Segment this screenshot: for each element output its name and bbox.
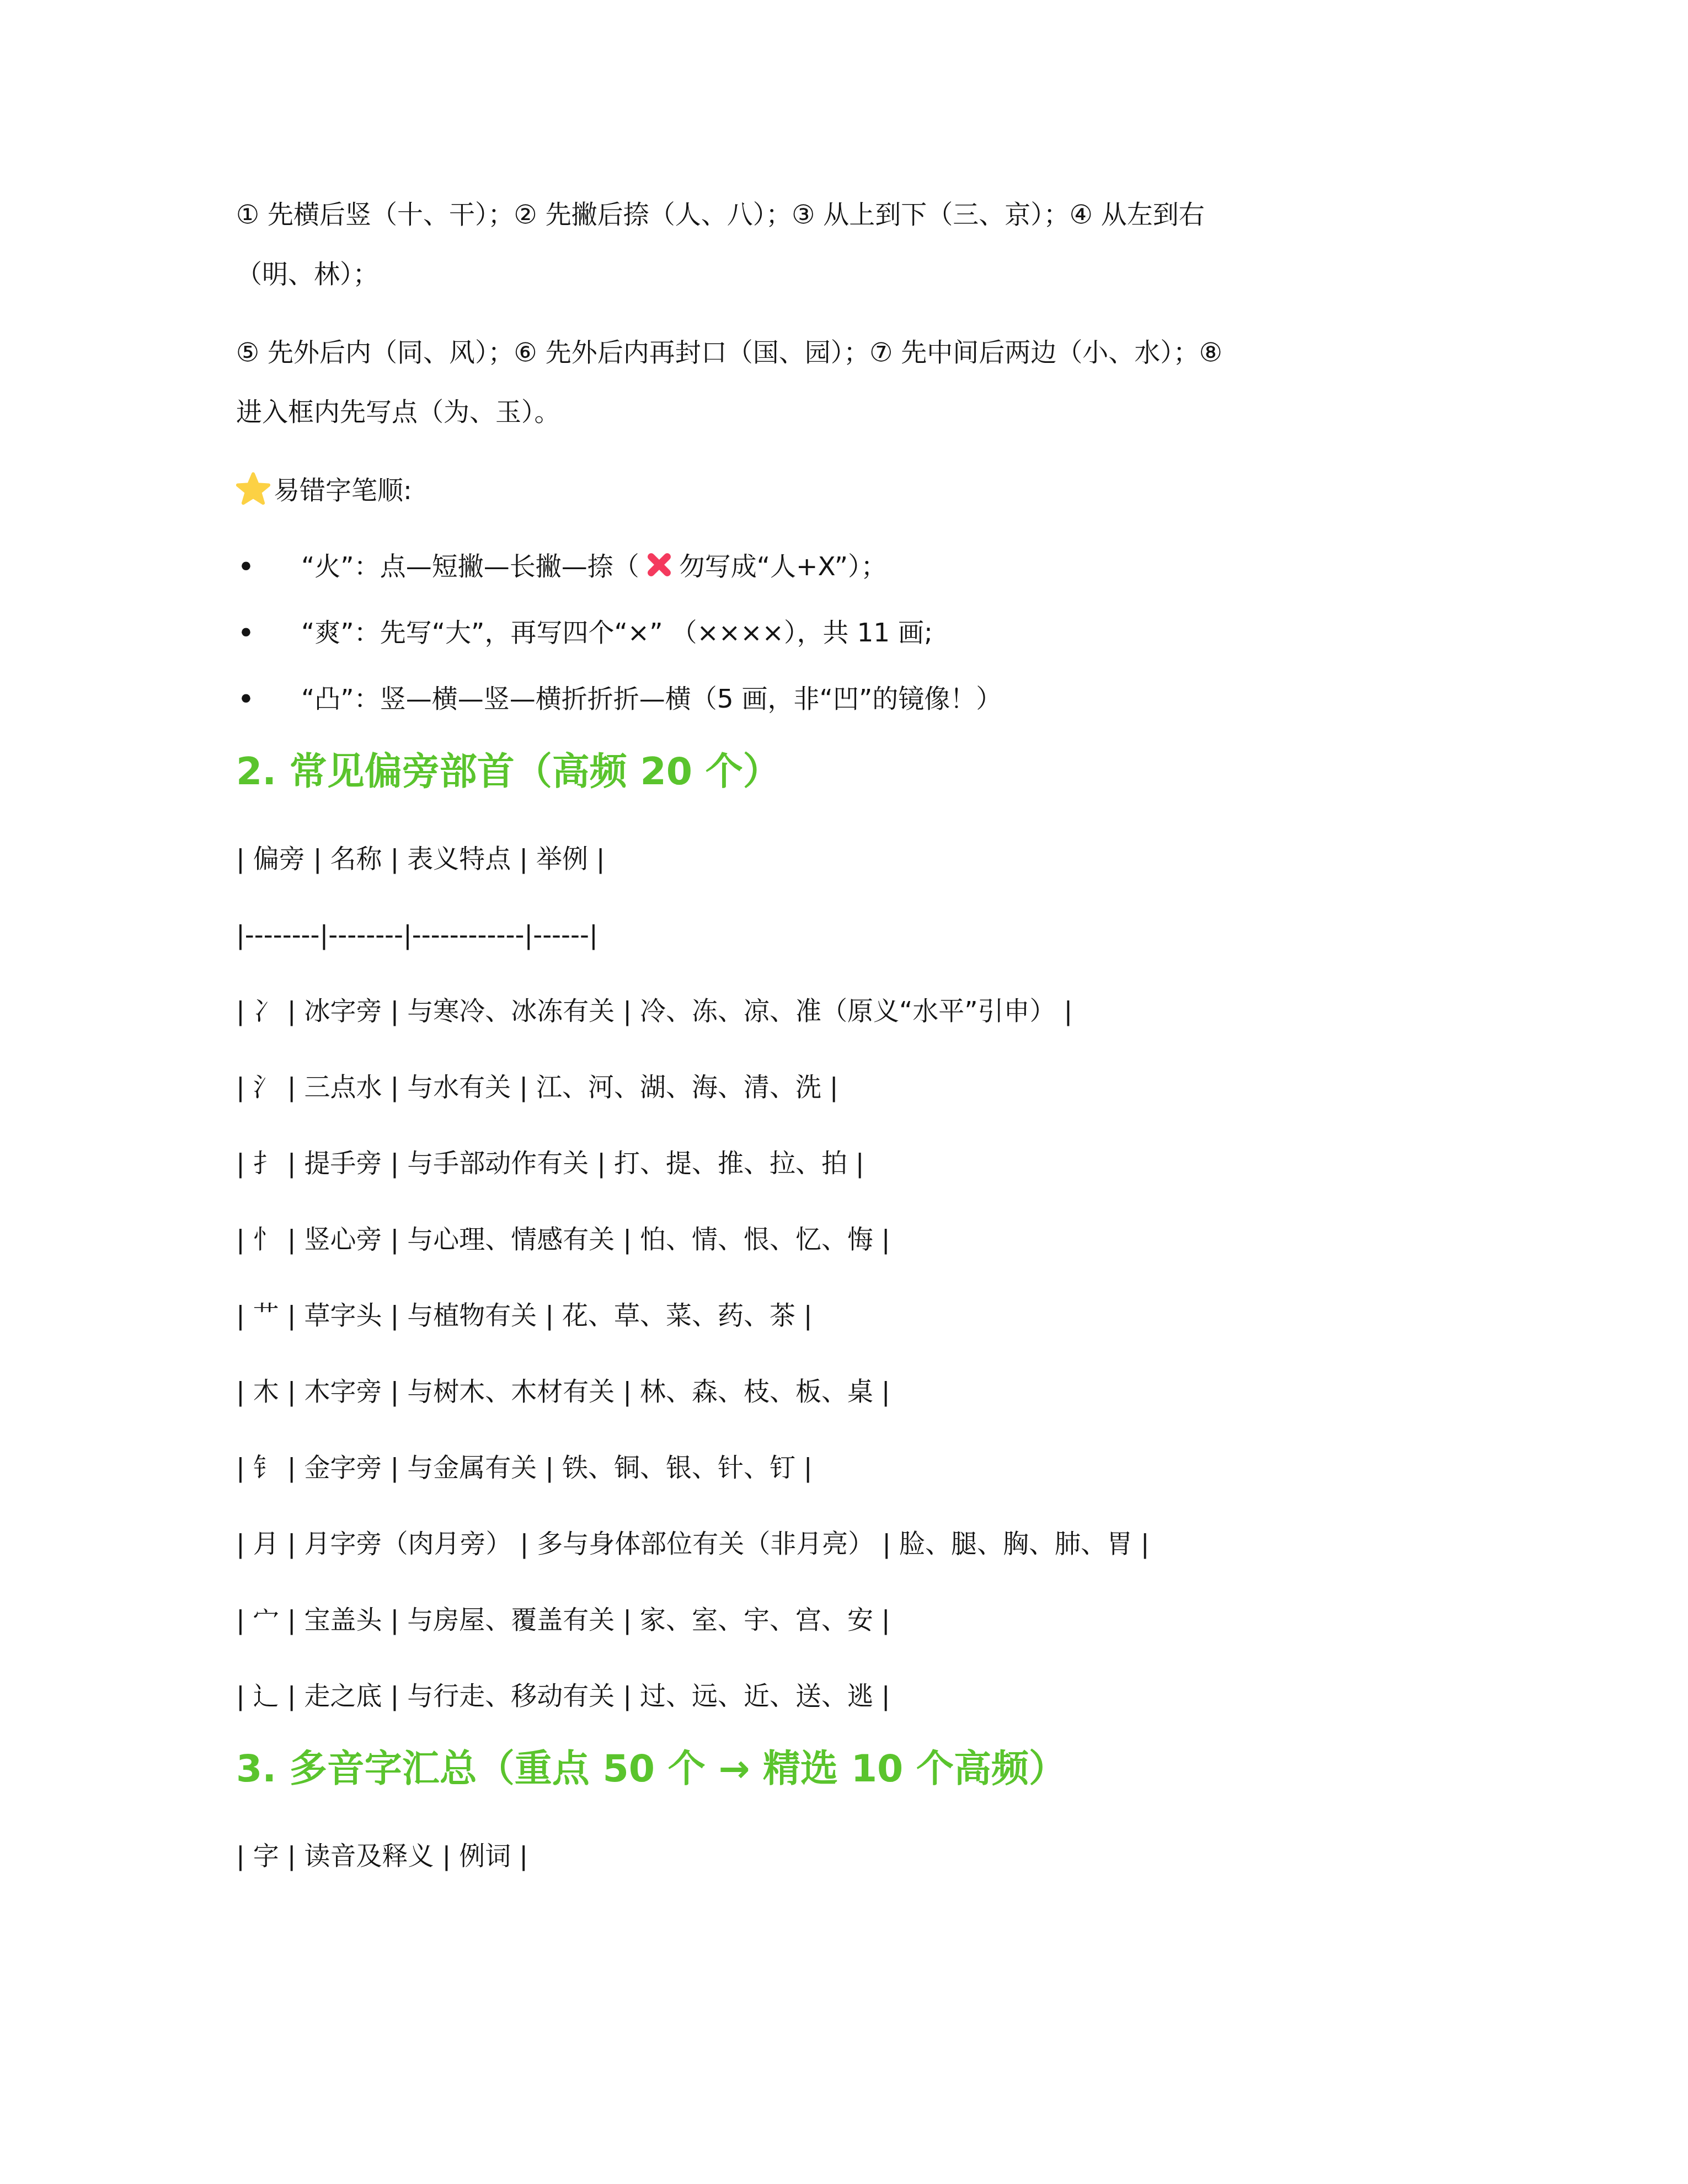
- text-line: （明、林）；: [236, 245, 1523, 304]
- stroke-rules-paragraph: ⑤ 先外后内（同、风）；⑥ 先外后内再封口（国、园）；⑦ 先中间后两边（小、水）…: [236, 323, 1523, 442]
- table-row: | 钅 | 金字旁 | 与金属有关 | 铁、铜、银、针、钉 |: [236, 1438, 1523, 1498]
- bullet-text: “爽”：先写“大”，再写四个“×” （××××），共 11 画;: [301, 603, 933, 663]
- section3-heading: 3. 多音字汇总（重点 50 个 → 精选 10 个高频）: [236, 1743, 1523, 1796]
- table-row: | 氵 | 三点水 | 与水有关 | 江、河、湖、海、清、洗 |: [236, 1058, 1523, 1117]
- section2-heading: 2. 常见偏旁部首（高频 20 个）: [236, 746, 1523, 799]
- cross-mark-icon: [644, 549, 675, 580]
- bullet-icon: •: [236, 537, 301, 597]
- polyphone-table-text: | 字 | 读音及释义 | 例词 |: [236, 1827, 1523, 1886]
- stroke-order-rules-section: ① 先横后竖（十、干）；② 先撇后捺（人、八）；③ 从上到下（三、京）；④ 从左…: [236, 185, 1523, 442]
- table-row: | 辶 | 走之底 | 与行走、移动有关 | 过、远、近、送、逃 |: [236, 1667, 1523, 1726]
- text-segment: “爽”：先写“大”，再写四个“×” （××××），共 11 画;: [301, 618, 933, 648]
- table-row: | 字 | 读音及释义 | 例词 |: [236, 1827, 1523, 1886]
- text-segment: “火”：点—短撇—长撇—捺（: [301, 552, 639, 582]
- bullet-text: “火”：点—短撇—长撇—捺（ 勿写成“人+X”）；: [301, 537, 887, 597]
- error-prone-list: •“火”：点—短撇—长撇—捺（ 勿写成“人+X”）；•“爽”：先写“大”，再写四…: [236, 537, 1523, 729]
- stroke-rules-paragraph: ① 先横后竖（十、干）；② 先撇后捺（人、八）；③ 从上到下（三、京）；④ 从左…: [236, 185, 1523, 304]
- table-row: | 扌 | 提手旁 | 与手部动作有关 | 打、提、推、拉、拍 |: [236, 1134, 1523, 1193]
- table-row: | 月 | 月字旁（肉月旁） | 多与身体部位有关（非月亮） | 脸、腿、胸、肺…: [236, 1514, 1523, 1574]
- document-page: ① 先横后竖（十、干）；② 先撇后捺（人、八）；③ 从上到下（三、京）；④ 从左…: [0, 0, 1688, 2184]
- radicals-table-text: | 偏旁 | 名称 | 表义特点 | 举例 ||--------|-------…: [236, 829, 1523, 1726]
- bullet-icon: •: [236, 670, 301, 729]
- list-item: •“爽”：先写“大”，再写四个“×” （××××），共 11 画;: [236, 603, 1523, 663]
- table-row: |--------|--------|------------|------|: [236, 906, 1523, 965]
- table-row: | 忄 | 竖心旁 | 与心理、情感有关 | 怕、情、恨、忆、悔 |: [236, 1210, 1523, 1270]
- table-row: | 艹 | 草字头 | 与植物有关 | 花、草、菜、药、茶 |: [236, 1286, 1523, 1346]
- table-row: | 木 | 木字旁 | 与树木、木材有关 | 林、森、枝、板、桌 |: [236, 1362, 1523, 1422]
- list-item: •“火”：点—短撇—长撇—捺（ 勿写成“人+X”）；: [236, 537, 1523, 597]
- star-icon: [236, 472, 270, 506]
- error-prone-heading-line: 易错字笔顺:: [236, 461, 1523, 521]
- text-line: ① 先横后竖（十、干）；② 先撇后捺（人、八）；③ 从上到下（三、京）；④ 从左…: [236, 185, 1523, 245]
- table-row: | 偏旁 | 名称 | 表义特点 | 举例 |: [236, 829, 1523, 889]
- text-segment: 勿写成“人+X”）；: [679, 552, 887, 582]
- bullet-icon: •: [236, 603, 301, 663]
- table-row: | 宀 | 宝盖头 | 与房屋、覆盖有关 | 家、室、宇、宫、安 |: [236, 1591, 1523, 1650]
- text-segment: “凸”：竖—横—竖—横折折折—横（5 画，非“凹”的镜像！）: [301, 684, 1002, 714]
- text-line: ⑤ 先外后内（同、风）；⑥ 先外后内再封口（国、园）；⑦ 先中间后两边（小、水）…: [236, 323, 1523, 383]
- list-item: •“凸”：竖—横—竖—横折折折—横（5 画，非“凹”的镜像！）: [236, 670, 1523, 729]
- error-prone-label: 易错字笔顺:: [274, 475, 412, 506]
- stroke-rules-paragraphs: ① 先横后竖（十、干）；② 先撇后捺（人、八）；③ 从上到下（三、京）；④ 从左…: [236, 185, 1523, 442]
- bullet-text: “凸”：竖—横—竖—横折折折—横（5 画，非“凹”的镜像！）: [301, 670, 1002, 729]
- text-line: 进入框内先写点（为、玉）。: [236, 383, 1523, 442]
- table-row: | 冫 | 冰字旁 | 与寒冷、冰冻有关 | 冷、冻、凉、准（原义“水平”引申）…: [236, 982, 1523, 1041]
